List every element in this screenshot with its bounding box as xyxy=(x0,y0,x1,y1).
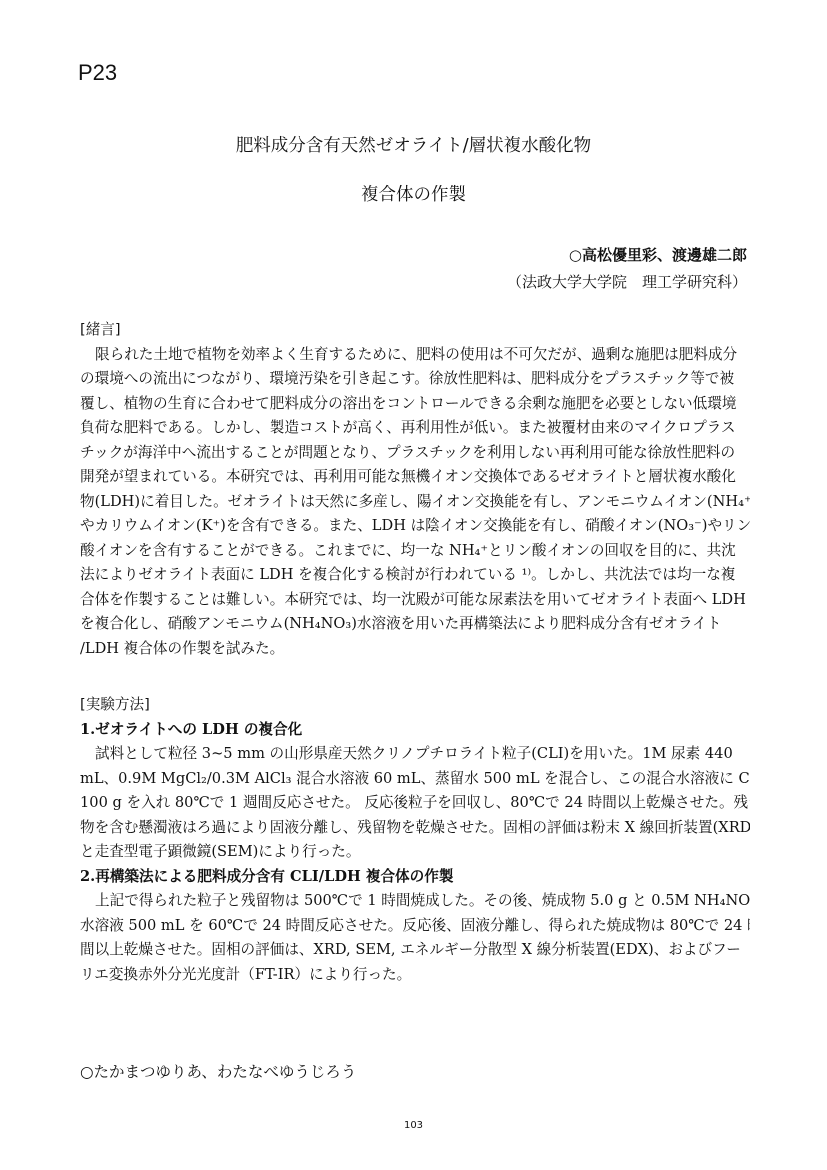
paragraph-line: 試料として粒径 3~5 mm の山形県産天然クリノプチロライト粒子(CLI)を用… xyxy=(80,742,750,767)
subsection-heading-2: 2.再構築法による肥料成分含有 CLI/LDH 複合体の作製 xyxy=(80,865,750,890)
poster-code: P23 xyxy=(78,60,117,86)
paragraph-line: 合体を作製することは難しい。本研究では、均一沈殿が可能な尿素法を用いてゼオライト… xyxy=(80,588,750,613)
affiliation: （法政大学大学院 理工学研究科） xyxy=(507,271,747,292)
paragraph-line: mL、0.9M MgCl₂/0.3M AlCl₃ 混合水溶液 60 mL、蒸留水… xyxy=(80,767,750,792)
paragraph-line: 負荷な肥料である。しかし、製造コストが高く、再利用性が低い。また被覆材由来のマイ… xyxy=(80,416,750,441)
paragraph-line: を複合化し、硝酸アンモニウム(NH₄NO₃)水溶液を用いた再構築法により肥料成分… xyxy=(80,612,750,637)
paragraph-line: リエ変換赤外分光光度計（FT-IR）により行った。 xyxy=(80,963,750,988)
paragraph-line: と走査型電子顕微鏡(SEM)により行った。 xyxy=(80,840,750,865)
page-number: 103 xyxy=(0,1120,827,1131)
section-heading-introduction: [緒言] xyxy=(80,318,750,343)
paragraph-line: 法によりゼオライト表面に LDH を複合化する検討が行われている ¹⁾。しかし、… xyxy=(80,563,750,588)
paragraph-line: 水溶液 500 mL を 60℃で 24 時間反応させた。反応後、固液分離し、得… xyxy=(80,914,750,939)
paragraph-line: 限られた土地で植物を効率よく生育するために、肥料の使用は不可欠だが、過剰な施肥は… xyxy=(80,343,750,368)
paragraph-line: 酸イオンを含有することができる。これまでに、均一な NH₄⁺とリン酸イオンの回収… xyxy=(80,539,750,564)
paragraph-line: 間以上乾燥させた。固相の評価は、XRD, SEM, エネルギー分散型 X 線分析… xyxy=(80,938,750,963)
paragraph-line: の環境への流出につながり、環境汚染を引き起こす。徐放性肥料は、肥料成分をプラスチ… xyxy=(80,367,750,392)
paragraph-line: /LDH 複合体の作製を試みた。 xyxy=(80,637,750,662)
paragraph-line: 物を含む懸濁液はろ過により固液分離し、残留物を乾燥させた。固相の評価は粉末 X … xyxy=(80,816,750,841)
subsection-heading-1: 1.ゼオライトへの LDH の複合化 xyxy=(80,718,750,743)
section-heading-methods: [実験方法] xyxy=(80,693,750,718)
paragraph-line: 物(LDH)に着目した。ゼオライトは天然に多産し、陽イオン交換能を有し、アンモニ… xyxy=(80,490,750,515)
paragraph-line: 上記で得られた粒子と残留物は 500℃で 1 時間焼成した。その後、焼成物 5.… xyxy=(80,889,750,914)
methods-section: [実験方法] 1.ゼオライトへの LDH の複合化 試料として粒径 3~5 mm… xyxy=(80,693,750,987)
paragraph-line: 開発が望まれている。本研究では、再利用可能な無機イオン交換体であるゼオライトと層… xyxy=(80,465,750,490)
paper-title-line-1: 肥料成分含有天然ゼオライト/層状複水酸化物 xyxy=(0,132,827,157)
introduction-section: [緒言] 限られた土地で植物を効率よく生育するために、肥料の使用は不可欠だが、過… xyxy=(80,318,750,661)
paragraph-line: チックが海洋中へ流出することが問題となり、プラスチックを利用しない再利用可能な徐… xyxy=(80,441,750,466)
paragraph-line: 覆し、植物の生育に合わせて肥料成分の溶出をコントロールできる余剰な施肥を必要とし… xyxy=(80,392,750,417)
paragraph-line: やカリウムイオン(K⁺)を含有できる。また、LDH は陰イオン交換能を有し、硝酸… xyxy=(80,514,750,539)
authors: ○高松優里彩、渡邊雄二郎 xyxy=(569,244,747,265)
paragraph-line: 100 g を入れ 80℃で 1 週間反応させた。 反応後粒子を回収し、80℃で… xyxy=(80,791,750,816)
paper-title-line-2: 複合体の作製 xyxy=(0,181,827,206)
author-name-reading: ○たかまつゆりあ、わたなべゆうじろう xyxy=(80,1060,356,1082)
